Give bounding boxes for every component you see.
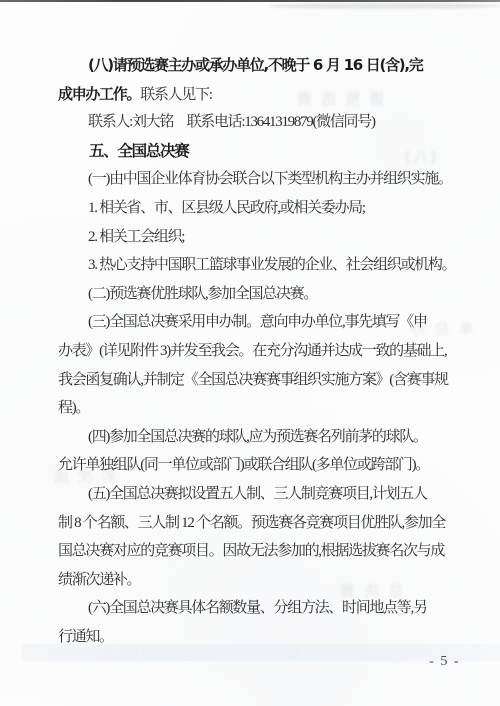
contact-phone: 联系电话:13641319879(微信同号)	[187, 114, 375, 130]
text-line: 绩渐次递补。	[58, 566, 456, 595]
text-line: 办表》(详见附件 3)并发至我会。在充分沟通并达成一致的基础上,	[58, 337, 456, 366]
page-number: - 5 -	[429, 654, 460, 670]
text-line: (四)参加全国总决赛的球队,应为预选赛名列前茅的球队。	[58, 423, 456, 452]
contact-person: 联系人:刘大铭	[88, 114, 173, 130]
text-line: (三)全国总决赛采用申办制。意向申办单位,事先填写《申	[58, 308, 456, 337]
paragraph-8-line1: (八)请预选赛主办或承办单位,不晚于 6 月 16 日(含),完	[58, 51, 456, 80]
document-body: (八)请预选赛主办或承办单位,不晚于 6 月 16 日(含),完 成申办工作。联…	[58, 51, 456, 651]
paragraph-8-line2-bold: 成申办工作。	[58, 85, 140, 103]
text-line: 国总决赛对应的竞赛项目。因故无法参加的,根据选拔赛名次与成	[58, 537, 456, 566]
document-page: 请 预 选 赛 (八) 单 位 办 名 次 成 总 决 赛 (八)请预选赛主办或…	[0, 0, 500, 706]
text-line: (五)全国总决赛拟设置五人制、三人制竞赛项目,计划五人	[58, 480, 456, 509]
text-line: 1. 相关省、市、区县级人民政府,或相关委办局;	[58, 194, 456, 223]
text-line: 行通知。	[58, 623, 456, 652]
text-line: 制 8 个名额、三人制 12 个名额。预选赛各竞赛项目优胜队,参加全	[58, 509, 456, 538]
text-line: 3. 热心支持中国职工篮球事业发展的企业、社会组织或机构。	[58, 251, 456, 280]
text-line: (二)预选赛优胜球队,参加全国总决赛。	[58, 280, 456, 309]
contact-line: 联系人:刘大铭联系电话:13641319879(微信同号)	[58, 108, 456, 137]
text-line: 2. 相关工会组织;	[58, 223, 456, 252]
text-line: 程)。	[58, 394, 456, 423]
text-line: 允许单独组队(同一单位或部门)或联合组队(多单位或跨部门)。	[58, 451, 456, 480]
text-line: 我会函复确认,并制定《全国总决赛赛事组织实施方案》(含赛事规	[58, 366, 456, 395]
paragraph-8-line2-rest: 联系人见下:	[140, 87, 211, 103]
text-line: (一)由中国企业体育协会联合以下类型机构主办并组织实施。	[58, 165, 456, 194]
section-heading: 五、全国总决赛	[58, 137, 456, 166]
scan-edge-artifact	[0, 0, 500, 2]
scan-smudge-artifact	[268, 3, 500, 9]
paragraph-8-line2: 成申办工作。联系人见下:	[58, 80, 456, 109]
text-line: (六)全国总决赛具体名额数量、分组方法、时间地点等,另	[58, 594, 456, 623]
